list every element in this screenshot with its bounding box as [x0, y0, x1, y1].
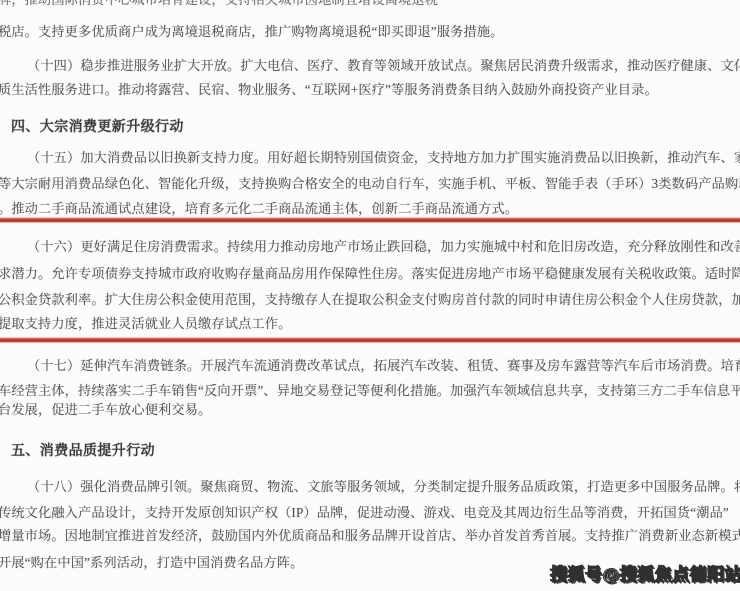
paragraph-16-line-3: 公积金贷款利率。扩大住房公积金使用范围，支持缴存人在提取公积金支付购房首付款的同… — [0, 292, 740, 308]
paragraph-18-line-3: 增量市场。因地制宜推进首发经济，鼓励国内外优质商品和服务品牌开设首店、举办首发首… — [0, 528, 740, 544]
paragraph-17-line-1: （十七）延伸汽车消费链条。开展汽车流通消费改革试点，拓展汽车改装、租赁、赛事及房… — [27, 358, 740, 374]
document-line: 税店。支持更多优质商户成为离境退税商店，推广购物离境退税“即买即退”服务措施。 — [0, 24, 504, 40]
paragraph-16-line-1: （十六）更好满足住房消费需求。持续用力推动房地产市场止跌回稳，加力实施城中村和危… — [27, 239, 740, 255]
paragraph-17-line-2: 车经营主体，持续落实二手车销售“反向开票”、异地交易登记等便利化措施。加强汽车领… — [0, 383, 740, 399]
paragraph-16-line-2: 求潜力。允许专项债券支持城市政府收购存量商品房用作保障性住房。落实促进房地产市场… — [0, 266, 740, 282]
document-line-clipped-top: 牌，推动国际消费中心城市培育建设，支持相关城市因地制宜增设离境退税 — [0, 0, 438, 8]
sohu-watermark: 搜狐号@搜狐焦点德阳站 — [550, 560, 740, 585]
paragraph-15-line-1: （十五）加大消费品以旧换新支持力度。用好超长期特别国债资金，支持地方加力扩围实施… — [27, 150, 740, 166]
paragraph-18-line-2: 传统文化融入产品设计，支持开发原创知识产权（IP）品牌，促进动漫、游戏、电竞及其… — [0, 505, 729, 521]
red-annotation-line-bottom — [0, 338, 740, 342]
paragraph-18-line-4: 开展“购在中国”系列活动，打造中国消费名品方阵。 — [0, 555, 303, 571]
paragraph-18-line-1: （十八）强化消费品牌引领。聚焦商贸、物流、文旅等服务领域，分类制定提升服务品质政… — [27, 479, 740, 495]
red-annotation-line-top — [0, 218, 740, 222]
section-heading-4: 四、大宗消费更新升级行动 — [11, 120, 184, 136]
paragraph-15-line-3-highlighted: 。推动二手商品流通试点建设，培育多元化二手商品流通主体，创新二手商品流通方式。 — [0, 201, 518, 217]
paragraph-16-line-4: 提取支持力度，推进灵活就业人员缴存试点工作。 — [0, 316, 291, 332]
paragraph-15-line-2: 等大宗耐用消费品绿色化、智能化升级，支持换购合格安全的电动自行车，实施手机、平板… — [0, 176, 740, 192]
paragraph-14-line-1: （十四）稳步推进服务业扩大开放。扩大电信、医疗、教育等领域开放试点。聚焦居民消费… — [27, 58, 740, 74]
section-heading-5: 五、消费品质提升行动 — [11, 444, 155, 460]
paragraph-17-line-3: 台发展，促进二手车放心便利交易。 — [0, 402, 211, 418]
paragraph-14-line-2: 质生活性服务进口。推动将露营、民宿、物业服务、“互联网+医疗”等服务消费条目纳入… — [0, 82, 658, 98]
